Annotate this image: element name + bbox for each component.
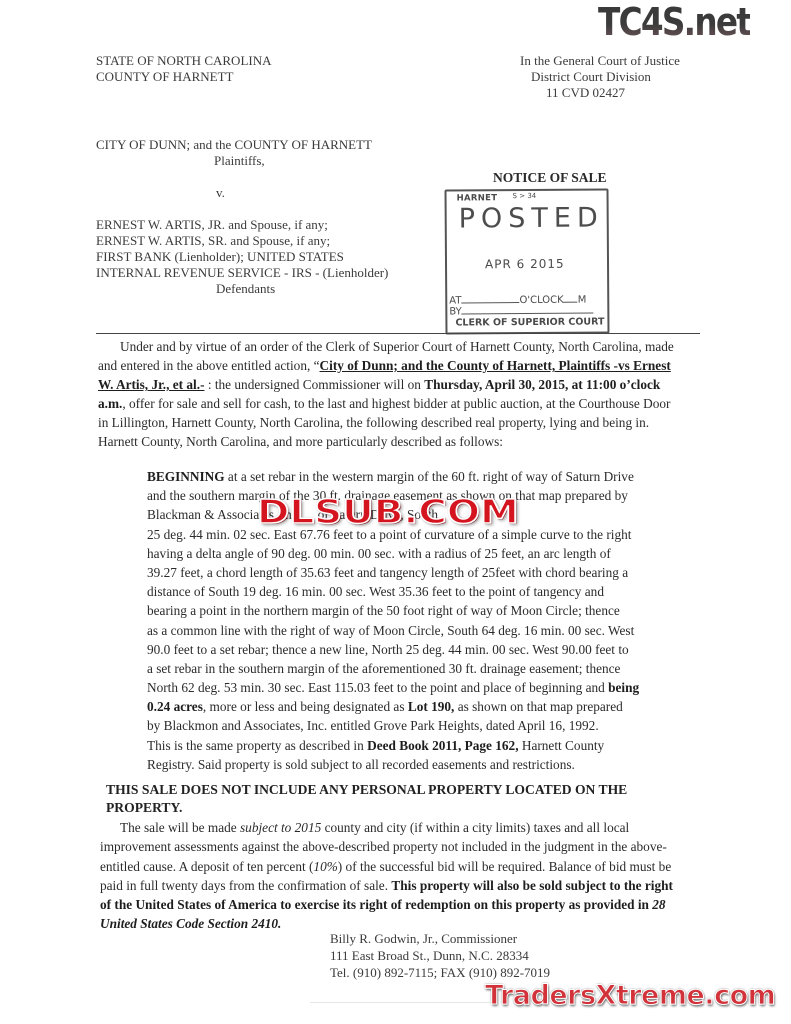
stamp-oclock-label: O'CLOCK [519, 295, 563, 306]
posted-stamp: HARNET S > 34 POSTED APR 6 2015 ATO'CLOC… [444, 188, 609, 334]
legal-line: This is the same property as described i… [147, 736, 639, 755]
legal-line: a set rebar in the southern margin of th… [147, 659, 639, 678]
legal-line: 90.0 feet to a set rebar; thence a new l… [147, 640, 639, 659]
paragraph-line: a.m., offer for sale and sell for cash, … [98, 394, 674, 413]
court-caption: In the General Court of Justice District… [520, 53, 680, 101]
case-title-cont: W. Artis, Jr., et al.- [98, 377, 205, 392]
text-span: The sale will be made [120, 820, 240, 835]
text-span: North 62 deg. 53 min. 30 sec. East 115.0… [147, 680, 608, 695]
sale-time-meridiem: a.m. [98, 396, 122, 411]
tradersxtreme-watermark: TradersXtreme.com [485, 980, 775, 1011]
plaintiffs-names: CITY OF DUNN; and the COUNTY OF HARNETT [96, 137, 388, 153]
defendants-label: Defendants [96, 281, 388, 297]
notice-line: PROPERTY. [106, 798, 627, 816]
stamp-status: POSTED [459, 202, 604, 234]
legal-line: 39.27 feet, a chord length of 35.63 feet… [147, 563, 639, 582]
stamp-clerk: CLERK OF SUPERIOR COURT [455, 316, 604, 328]
text-span: ) of the successful bid will be required… [338, 859, 671, 874]
state-line: STATE OF NORTH CAROLINA [96, 53, 272, 69]
lot-number: Lot 190, [408, 699, 455, 714]
paragraph-line: and entered in the above entitled action… [98, 356, 674, 375]
commissioner-phone: Tel. (910) 892-7115; FAX (910) 892-7019 [330, 964, 550, 981]
parties-block: CITY OF DUNN; and the COUNTY OF HARNETT … [96, 137, 388, 297]
versus-label: v. [96, 185, 388, 201]
sale-terms-paragraph: The sale will be made subject to 2015 co… [100, 818, 673, 934]
case-number: 11 CVD 02427 [520, 85, 680, 101]
paragraph-line: Harnett County, North Carolina, and more… [98, 432, 674, 451]
divider-rule [96, 333, 700, 334]
paragraph-line: W. Artis, Jr., et al.- : the undersigned… [98, 375, 674, 394]
notice-line: THIS SALE DOES NOT INCLUDE ANY PERSONAL … [106, 780, 627, 798]
stamp-at-label: AT [449, 295, 461, 306]
paragraph-line: of the United States of America to exerc… [100, 895, 673, 914]
text-span: , more or less and being designated as [203, 699, 408, 714]
sale-date: Thursday, April 30, 2015, at 11:00 o’clo… [424, 377, 660, 392]
state-county-caption: STATE OF NORTH CAROLINA COUNTY OF HARNET… [96, 53, 272, 85]
paragraph-line: in Lillington, Harnett County, North Car… [98, 413, 674, 432]
paragraph-line: entitled cause. A deposit of ten percent… [100, 857, 673, 876]
paragraph-line: improvement assessments against the abov… [100, 837, 673, 856]
beginning-label: BEGINNING [147, 469, 225, 484]
commissioner-address: 111 East Broad St., Dunn, N.C. 28334 [330, 947, 550, 964]
bold-span: of the United States of America to exerc… [100, 897, 652, 912]
text-span: : the undersigned Commissioner will on [205, 377, 425, 392]
paragraph-line: Under and by virtue of an order of the C… [98, 337, 674, 356]
tc4s-watermark: TC4S.net [598, 0, 750, 44]
text-span: and entered in the above entitled action… [98, 358, 320, 373]
italic-span: 10% [313, 859, 337, 874]
sale-order-paragraph: Under and by virtue of an order of the C… [98, 337, 674, 451]
italic-span: subject to 2015 [240, 820, 321, 835]
legal-line: as a common line with the right of way o… [147, 621, 639, 640]
usc-citation: United States Code Section 2410. [100, 916, 281, 931]
bold-span: This property will also be sold subject … [391, 878, 673, 893]
text-span: This is the same property as described i… [147, 738, 367, 753]
text-span: entitled cause. A deposit of ten percent… [100, 859, 313, 874]
footer-rule [310, 1002, 490, 1003]
court-name: In the General Court of Justice [520, 53, 680, 69]
paragraph-line: The sale will be made subject to 2015 co… [100, 818, 673, 837]
defendant-line: ERNEST W. ARTIS, SR. and Spouse, if any; [96, 233, 388, 249]
court-division: District Court Division [520, 69, 680, 85]
legal-line: bearing a point in the northern margin o… [147, 601, 639, 620]
legal-line: distance of South 19 deg. 16 min. 00 sec… [147, 582, 639, 601]
defendant-line: FIRST BANK (Lienholder); UNITED STATES [96, 249, 388, 265]
legal-line: 0.24 acres, more or less and being desig… [147, 697, 639, 716]
legal-line: BEGINNING at a set rebar in the western … [147, 467, 639, 486]
case-title: City of Dunn; and the County of Harnett,… [320, 358, 671, 373]
personal-property-notice: THIS SALE DOES NOT INCLUDE ANY PERSONAL … [106, 780, 627, 816]
dlsub-watermark: DLSUB.COM [257, 492, 519, 531]
commissioner-signature: Billy R. Godwin, Jr., Commissioner 111 E… [330, 930, 550, 981]
text-span: , offer for sale and sell for cash, to t… [122, 396, 670, 411]
text-span: county and city (if within a city limits… [321, 820, 629, 835]
stamp-date: APR 6 2015 [485, 257, 565, 272]
stamp-by-label: BY [449, 306, 461, 317]
paragraph-line: paid in full twenty days from the confir… [100, 876, 673, 895]
county-line: COUNTY OF HARNETT [96, 69, 272, 85]
legal-line: North 62 deg. 53 min. 30 sec. East 115.0… [147, 678, 639, 697]
defendant-line: INTERNAL REVENUE SERVICE - IRS - (Lienho… [96, 265, 388, 281]
stamp-county: HARNET [457, 193, 498, 203]
text-span: paid in full twenty days from the confir… [100, 878, 391, 893]
text-span: as shown on that map prepared [454, 699, 622, 714]
legal-line: by Blackmon and Associates, Inc. entitle… [147, 716, 639, 735]
text-span: at a set rebar in the western margin of … [225, 469, 634, 484]
stamp-meridiem: M [578, 295, 587, 306]
deed-reference: Deed Book 2011, Page 162, [367, 738, 518, 753]
stamp-county-suffix: S > 34 [513, 192, 537, 200]
notice-title: NOTICE OF SALE [493, 170, 607, 186]
bold-span: being [608, 680, 639, 695]
bold-italic-span: 28 [652, 897, 665, 912]
acreage: 0.24 acres [147, 699, 203, 714]
commissioner-name: Billy R. Godwin, Jr., Commissioner [330, 930, 550, 947]
plaintiffs-label: Plaintiffs, [96, 153, 388, 169]
defendant-line: ERNEST W. ARTIS, JR. and Spouse, if any; [96, 217, 388, 233]
text-span: Harnett County [519, 738, 605, 753]
legal-line: Registry. Said property is sold subject … [147, 755, 639, 774]
legal-line: having a delta angle of 90 deg. 00 min. … [147, 544, 639, 563]
